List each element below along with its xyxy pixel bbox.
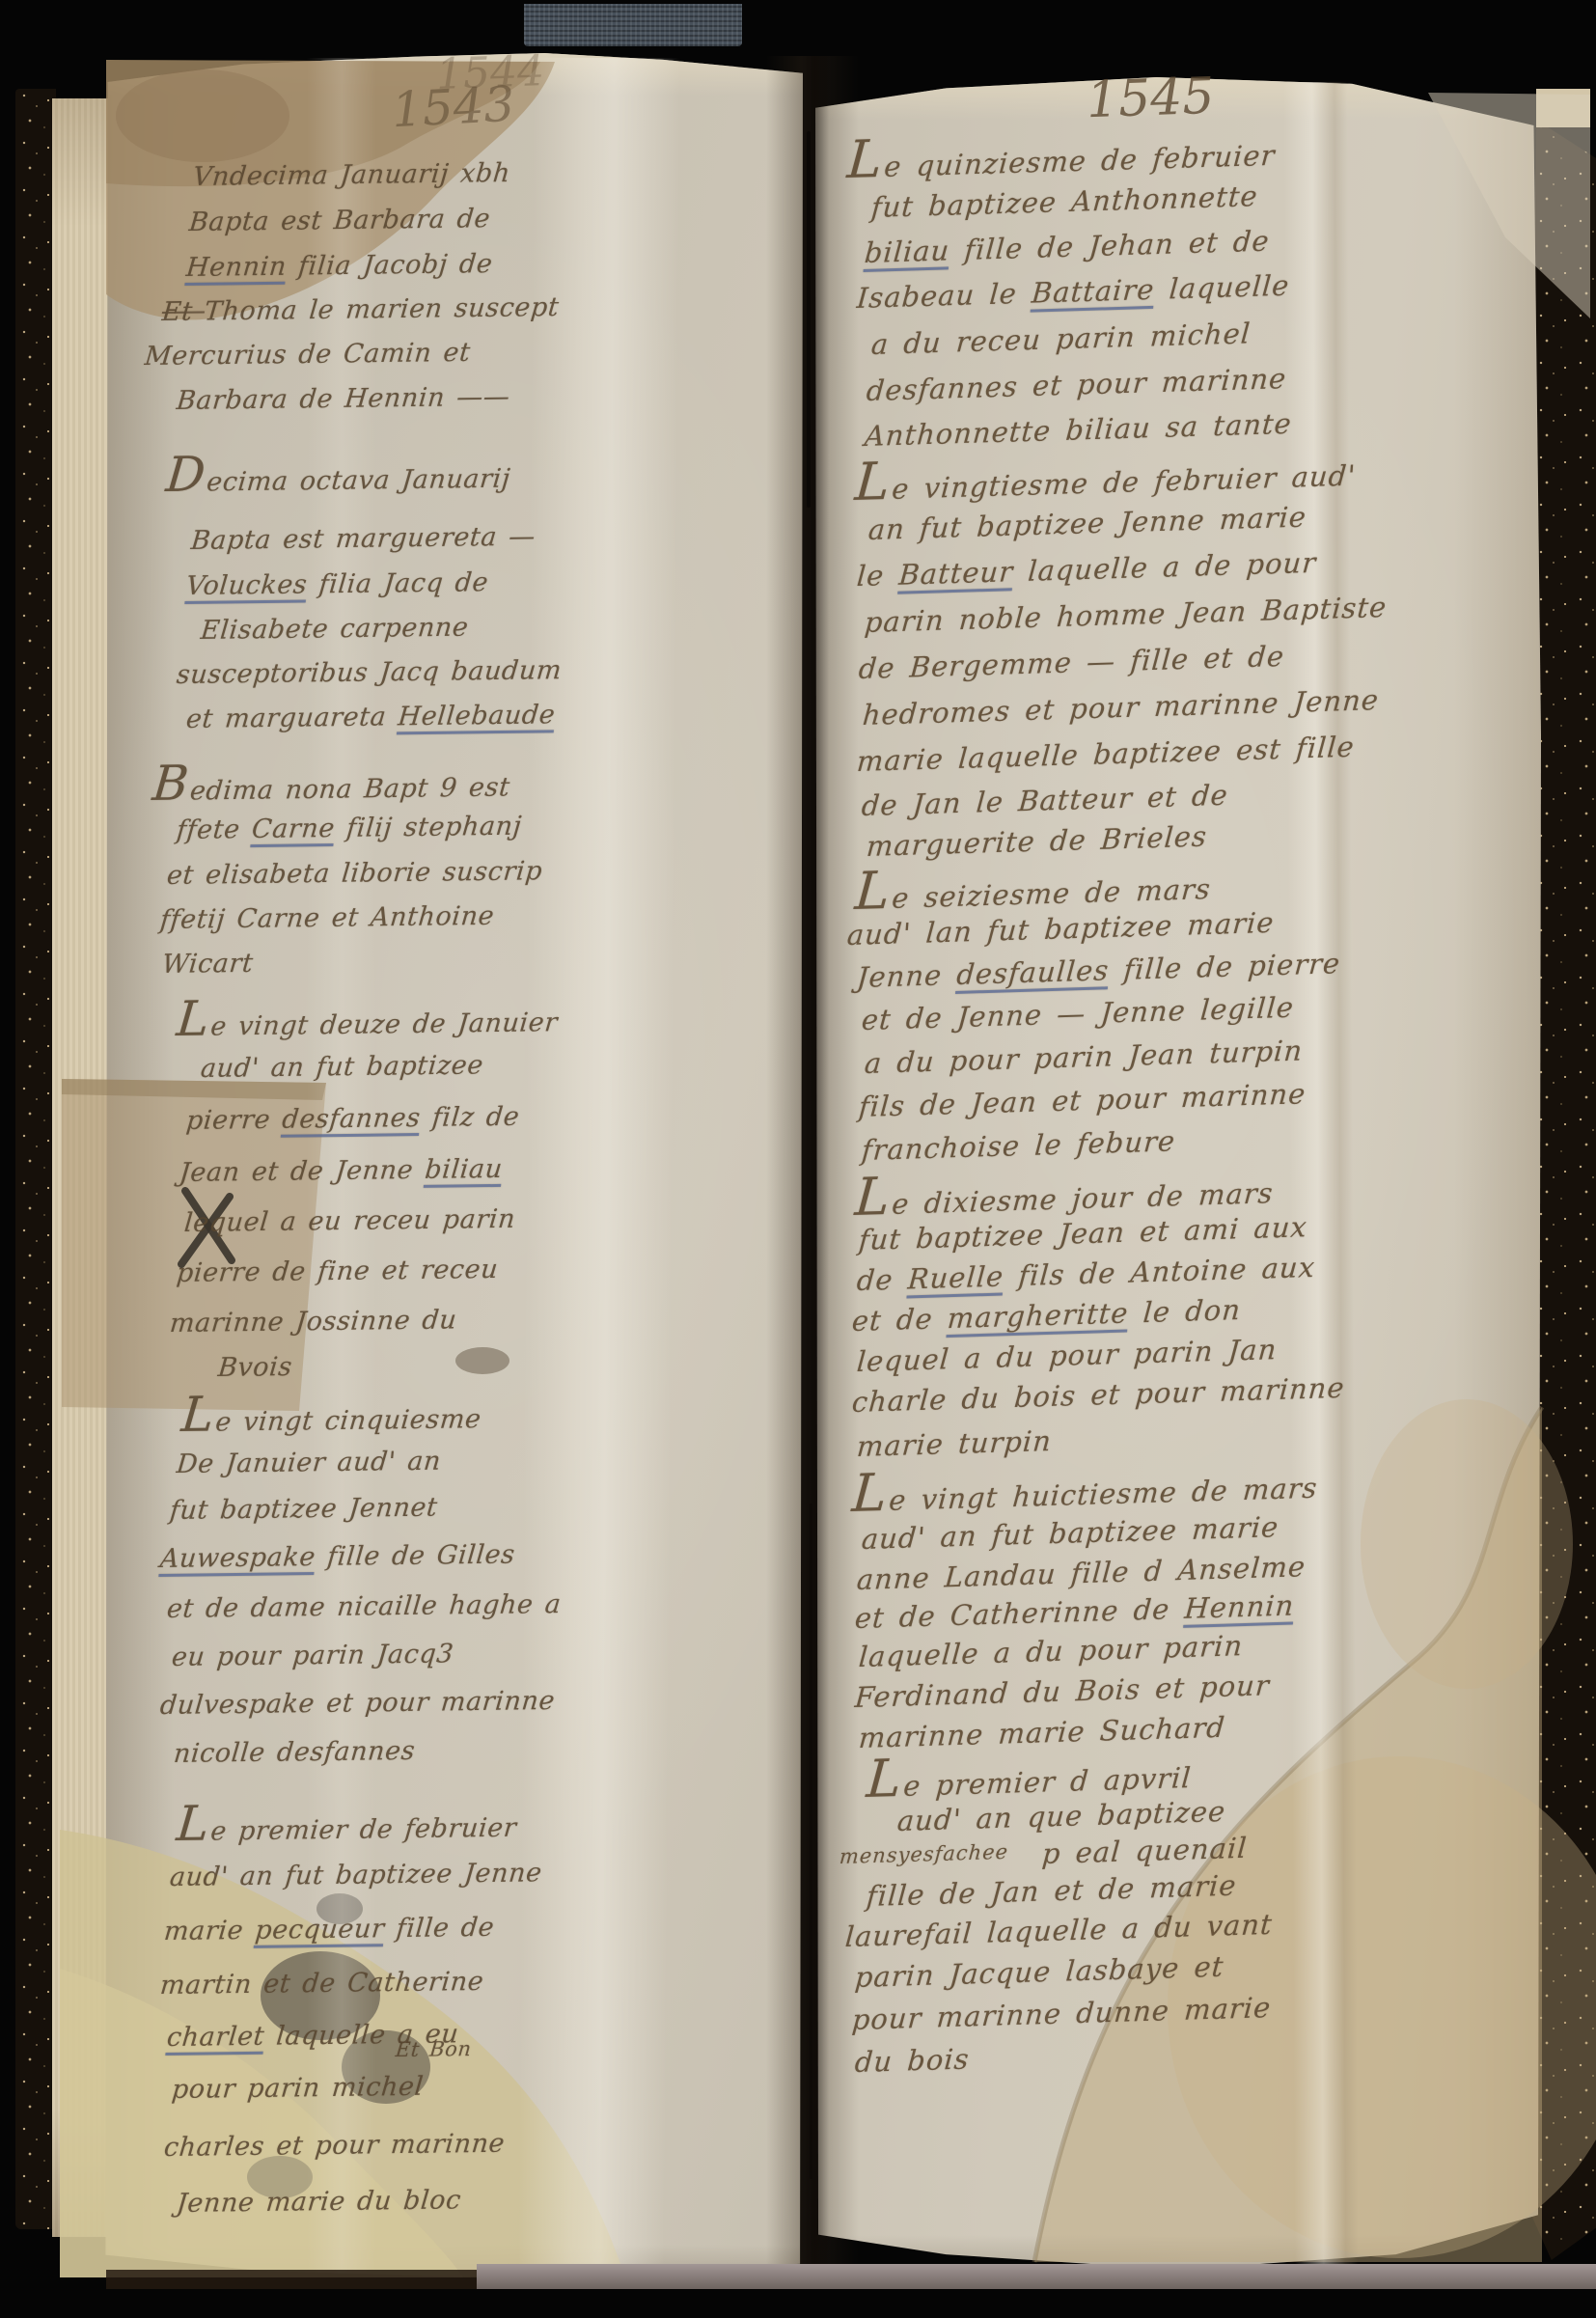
stain-top-left-blob bbox=[116, 69, 289, 162]
table-edge-strip bbox=[477, 2264, 1596, 2289]
year-heading-right: 1545 bbox=[1086, 68, 1215, 130]
page-bottom-shadow bbox=[106, 2270, 479, 2289]
year-heading-left: 1543 bbox=[391, 76, 516, 139]
ink-blot bbox=[261, 1951, 380, 2040]
ink-blot bbox=[316, 1893, 363, 1924]
manuscript-photo: 1544 1543 1545 Vndecima Januarij xbhBapt… bbox=[0, 0, 1596, 2318]
ink-blot bbox=[247, 2156, 313, 2198]
sheen-top-right-corner bbox=[1428, 93, 1590, 318]
stain-right-lobe bbox=[1361, 1399, 1573, 1689]
ink-blot bbox=[342, 2030, 430, 2104]
ink-smear bbox=[455, 1347, 509, 1374]
gutter-shadow bbox=[766, 56, 859, 2272]
